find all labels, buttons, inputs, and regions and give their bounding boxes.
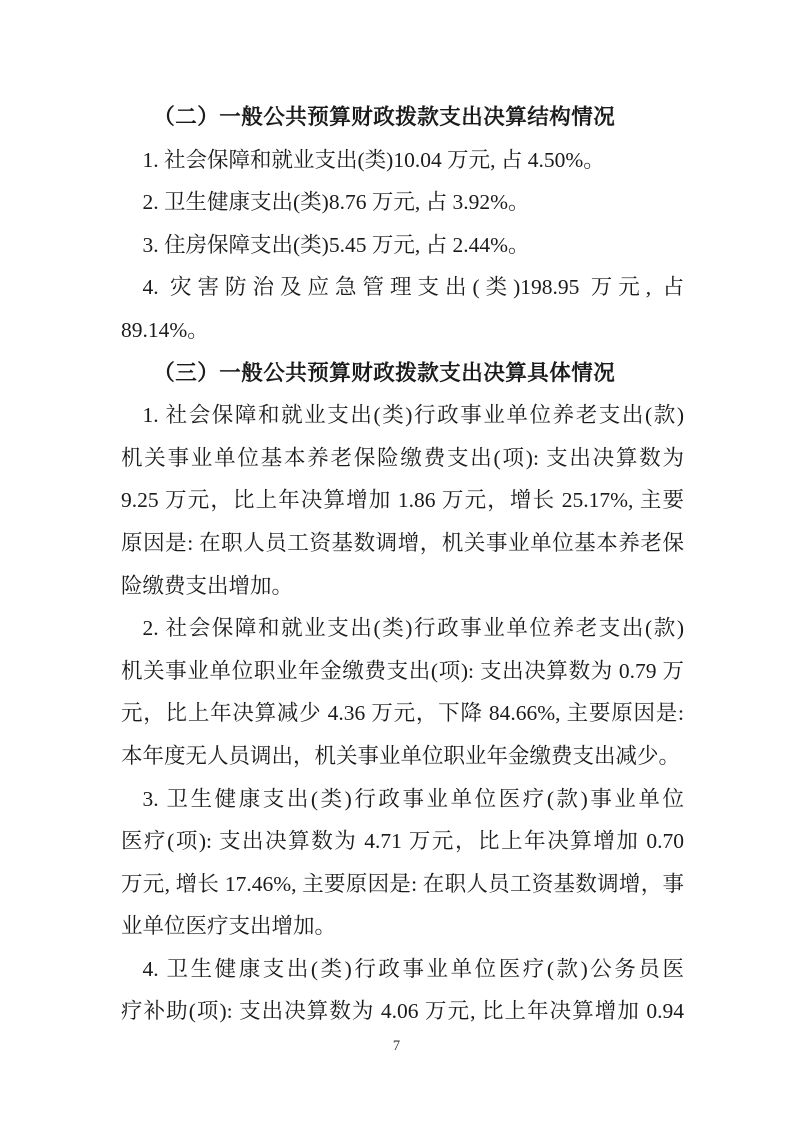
detail-pension-basic: 1. 社会保障和就业支出(类)行政事业单位养老支出(款)机关事业单位基本养老保险… <box>121 394 684 607</box>
paragraph-line: 4. 卫生健康支出(类)行政事业单位医疗(款)公务员医 <box>121 948 684 991</box>
paragraph-line: 原因是: 在职人员工资基数调增，机关事业单位基本养老保 <box>121 522 684 565</box>
paragraph-line: 医疗(项): 支出决算数为 4.71 万元，比上年决算增加 0.70 <box>121 820 684 863</box>
paragraph-line: 业单位医疗支出增加。 <box>121 905 684 948</box>
item-housing-share: 3. 住房保障支出(类)5.45 万元, 占 2.44%。 <box>121 224 684 267</box>
paragraph-line: 机关事业单位职业年金缴费支出(项): 支出决算数为 0.79 万 <box>121 650 684 693</box>
paragraph-line: 2. 卫生健康支出(类)8.76 万元, 占 3.92%。 <box>121 181 684 224</box>
paragraph-line: 1. 社会保障和就业支出(类)10.04 万元, 占 4.50%。 <box>121 139 684 182</box>
paragraph-line: 机关事业单位基本养老保险缴费支出(项): 支出决算数为 <box>121 437 684 480</box>
item-social-security-share: 1. 社会保障和就业支出(类)10.04 万元, 占 4.50%。 <box>121 139 684 182</box>
paragraph-line: 4. 灾害防治及应急管理支出(类)198.95 万元, 占 <box>121 266 684 309</box>
paragraph-line: 3. 卫生健康支出(类)行政事业单位医疗(款)事业单位 <box>121 778 684 821</box>
item-disaster-share: 4. 灾害防治及应急管理支出(类)198.95 万元, 占89.14%。 <box>121 266 684 351</box>
paragraph-line: 89.14%。 <box>121 309 684 352</box>
paragraph-line: 万元, 增长 17.46%, 主要原因是: 在职人员工资基数调增，事 <box>121 863 684 906</box>
paragraph-line: 3. 住房保障支出(类)5.45 万元, 占 2.44%。 <box>121 224 684 267</box>
paragraph-line: 险缴费支出增加。 <box>121 565 684 608</box>
detail-medical-civil-servant: 4. 卫生健康支出(类)行政事业单位医疗(款)公务员医疗补助(项): 支出决算数… <box>121 948 684 1033</box>
paragraph-line: 元，比上年决算减少 4.36 万元，下降 84.66%, 主要原因是: <box>121 692 684 735</box>
paragraph-line: 2. 社会保障和就业支出(类)行政事业单位养老支出(款) <box>121 607 684 650</box>
page-number: 7 <box>0 1036 793 1056</box>
detail-pension-annuity: 2. 社会保障和就业支出(类)行政事业单位养老支出(款)机关事业单位职业年金缴费… <box>121 607 684 777</box>
paragraph-line: 疗补助(项): 支出决算数为 4.06 万元, 比上年决算增加 0.94 <box>121 990 684 1033</box>
paragraph-line: 1. 社会保障和就业支出(类)行政事业单位养老支出(款) <box>121 394 684 437</box>
item-health-share: 2. 卫生健康支出(类)8.76 万元, 占 3.92%。 <box>121 181 684 224</box>
document-page: （二）一般公共预算财政拨款支出决算结构情况1. 社会保障和就业支出(类)10.0… <box>0 0 793 1122</box>
section-heading-2: （二）一般公共预算财政拨款支出决算结构情况 <box>121 96 684 139</box>
document-body: （二）一般公共预算财政拨款支出决算结构情况1. 社会保障和就业支出(类)10.0… <box>121 96 684 1033</box>
section-heading-3: （三）一般公共预算财政拨款支出决算具体情况 <box>121 352 684 395</box>
paragraph-line: 9.25 万元，比上年决算增加 1.86 万元，增长 25.17%, 主要 <box>121 479 684 522</box>
paragraph-line: 本年度无人员调出，机关事业单位职业年金缴费支出减少。 <box>121 735 684 778</box>
detail-medical-institution: 3. 卫生健康支出(类)行政事业单位医疗(款)事业单位医疗(项): 支出决算数为… <box>121 778 684 948</box>
